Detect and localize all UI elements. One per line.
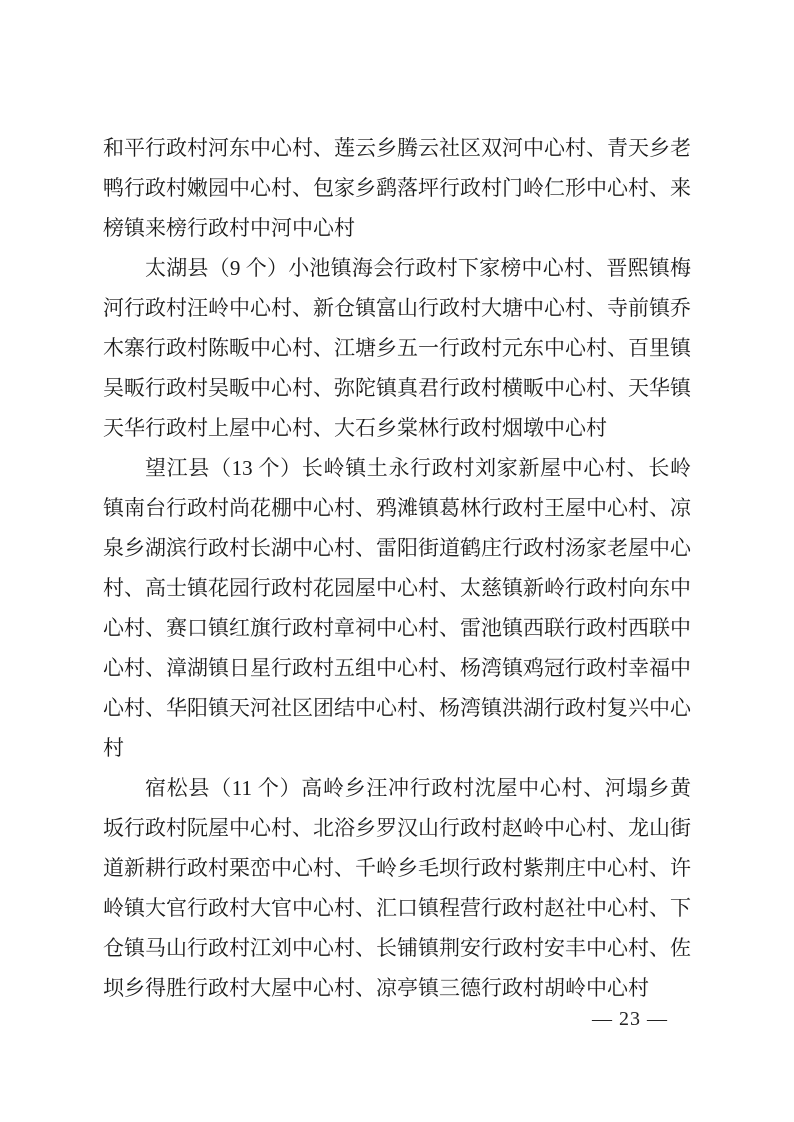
- text-line: 心村、赛口镇红旗行政村章祠中心村、雷池镇西联行政村西联中: [103, 608, 691, 648]
- text-block: 和平行政村河东中心村、莲云乡腾云社区双河中心村、青天乡老 鸭行政村嫩园中心村、包…: [103, 128, 691, 1008]
- text-line-county-susong: 宿松县（11 个）高岭乡汪冲行政村沈屋中心村、河塌乡黄: [103, 768, 691, 808]
- text-line: 村、高士镇花园行政村花园屋中心村、太慈镇新岭行政村向东中: [103, 568, 691, 608]
- text-line: 岭镇大官行政村大官中心村、汇口镇程营行政村赵社中心村、下: [103, 888, 691, 928]
- page-number: — 23 —: [558, 1005, 702, 1033]
- document-page: 和平行政村河东中心村、莲云乡腾云社区双河中心村、青天乡老 鸭行政村嫩园中心村、包…: [0, 0, 794, 1122]
- text-line: 鸭行政村嫩园中心村、包家乡鹞落坪行政村门岭仁形中心村、来: [103, 168, 691, 208]
- text-line: 和平行政村河东中心村、莲云乡腾云社区双河中心村、青天乡老: [103, 128, 691, 168]
- text-line: 道新耕行政村栗峦中心村、千岭乡毛坝行政村紫荆庄中心村、许: [103, 848, 691, 888]
- text-line: 仓镇马山行政村江刘中心村、长铺镇荆安行政村安丰中心村、佐: [103, 928, 691, 968]
- text-line: 坝乡得胜行政村大屋中心村、凉亭镇三德行政村胡岭中心村: [103, 968, 691, 1008]
- text-line: 泉乡湖滨行政村长湖中心村、雷阳街道鹤庄行政村汤家老屋中心: [103, 528, 691, 568]
- text-line: 村: [103, 728, 691, 768]
- text-line: 天华行政村上屋中心村、大石乡棠林行政村烟墩中心村: [103, 408, 691, 448]
- text-line-county-taihu: 太湖县（9 个）小池镇海会行政村下家榜中心村、晋熙镇梅: [103, 248, 691, 288]
- text-line: 吴畈行政村吴畈中心村、弥陀镇真君行政村横畈中心村、天华镇: [103, 368, 691, 408]
- text-line-county-wangjiang: 望江县（13 个）长岭镇土永行政村刘家新屋中心村、长岭: [103, 448, 691, 488]
- text-line: 河行政村汪岭中心村、新仓镇富山行政村大塘中心村、寺前镇乔: [103, 288, 691, 328]
- text-line: 木寨行政村陈畈中心村、江塘乡五一行政村元东中心村、百里镇: [103, 328, 691, 368]
- text-line: 心村、华阳镇天河社区团结中心村、杨湾镇洪湖行政村复兴中心: [103, 688, 691, 728]
- text-line: 心村、漳湖镇日星行政村五组中心村、杨湾镇鸡冠行政村幸福中: [103, 648, 691, 688]
- text-line: 榜镇来榜行政村中河中心村: [103, 208, 691, 248]
- text-line: 镇南台行政村尚花棚中心村、鸦滩镇葛林行政村王屋中心村、凉: [103, 488, 691, 528]
- text-line: 坂行政村阮屋中心村、北浴乡罗汉山行政村赵岭中心村、龙山街: [103, 808, 691, 848]
